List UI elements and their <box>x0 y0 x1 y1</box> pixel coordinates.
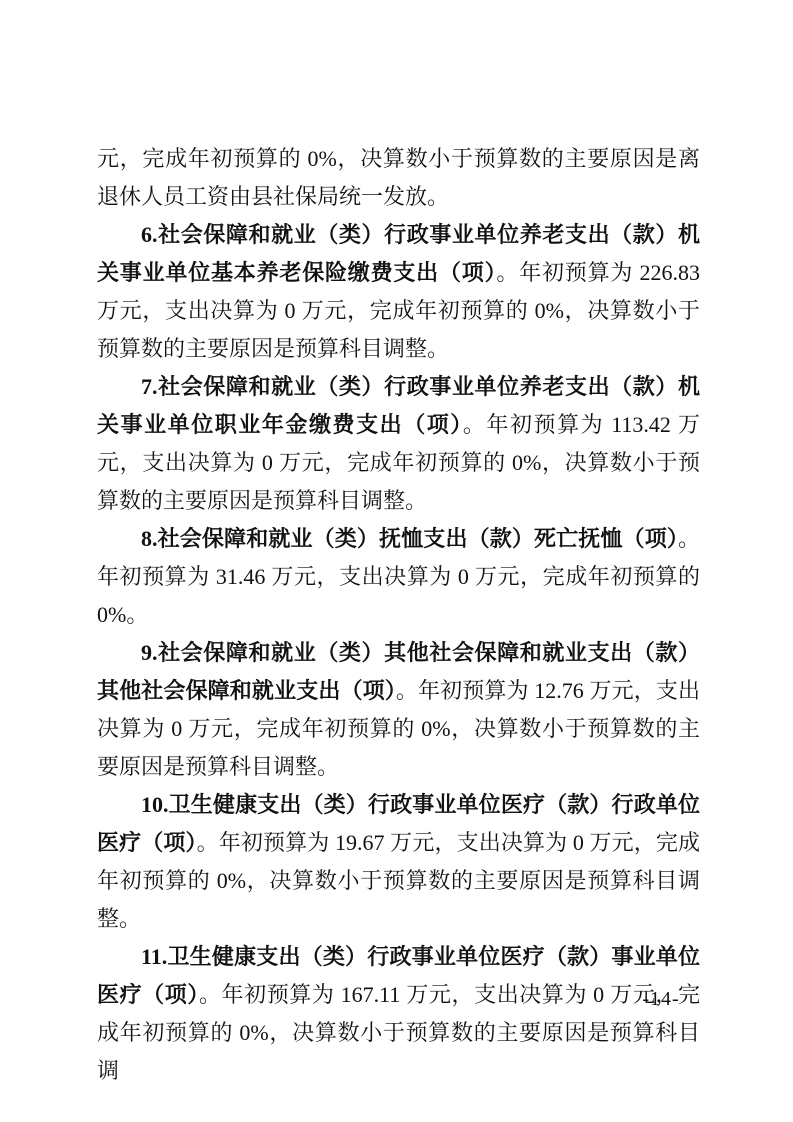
page-number: -14- <box>628 988 694 1011</box>
paragraph-item-8: 8.社会保障和就业（类）抚恤支出（款）死亡抚恤（项）。年初预算为 31.46 万… <box>97 520 700 634</box>
paragraph-text: 元，完成年初预算的 0%，决算数小于预算数的主要原因是离退休人员工资由县社保局统… <box>97 146 700 209</box>
paragraph-item-10: 10.卫生健康支出（类）行政事业单位医疗（款）行政单位医疗（项）。年初预算为 1… <box>97 786 700 938</box>
paragraph-heading: 8.社会保障和就业（类）抚恤支出（款）死亡抚恤（项） <box>141 526 678 551</box>
paragraph-item-7: 7.社会保障和就业（类）行政事业单位养老支出（款）机关事业单位职业年金缴费支出（… <box>97 368 700 520</box>
document-page: 元，完成年初预算的 0%，决算数小于预算数的主要原因是离退休人员工资由县社保局统… <box>0 0 793 1122</box>
paragraph-item-9: 9.社会保障和就业（类）其他社会保障和就业支出（款）其他社会保障和就业支出（项）… <box>97 634 700 786</box>
paragraph-continuation: 元，完成年初预算的 0%，决算数小于预算数的主要原因是离退休人员工资由县社保局统… <box>97 140 700 216</box>
document-body: 元，完成年初预算的 0%，决算数小于预算数的主要原因是离退休人员工资由县社保局统… <box>97 140 700 1090</box>
paragraph-item-6: 6.社会保障和就业（类）行政事业单位养老支出（款）机关事业单位基本养老保险缴费支… <box>97 216 700 368</box>
paragraph-item-11: 11.卫生健康支出（类）行政事业单位医疗（款）事业单位医疗（项）。年初预算为 1… <box>97 938 700 1090</box>
